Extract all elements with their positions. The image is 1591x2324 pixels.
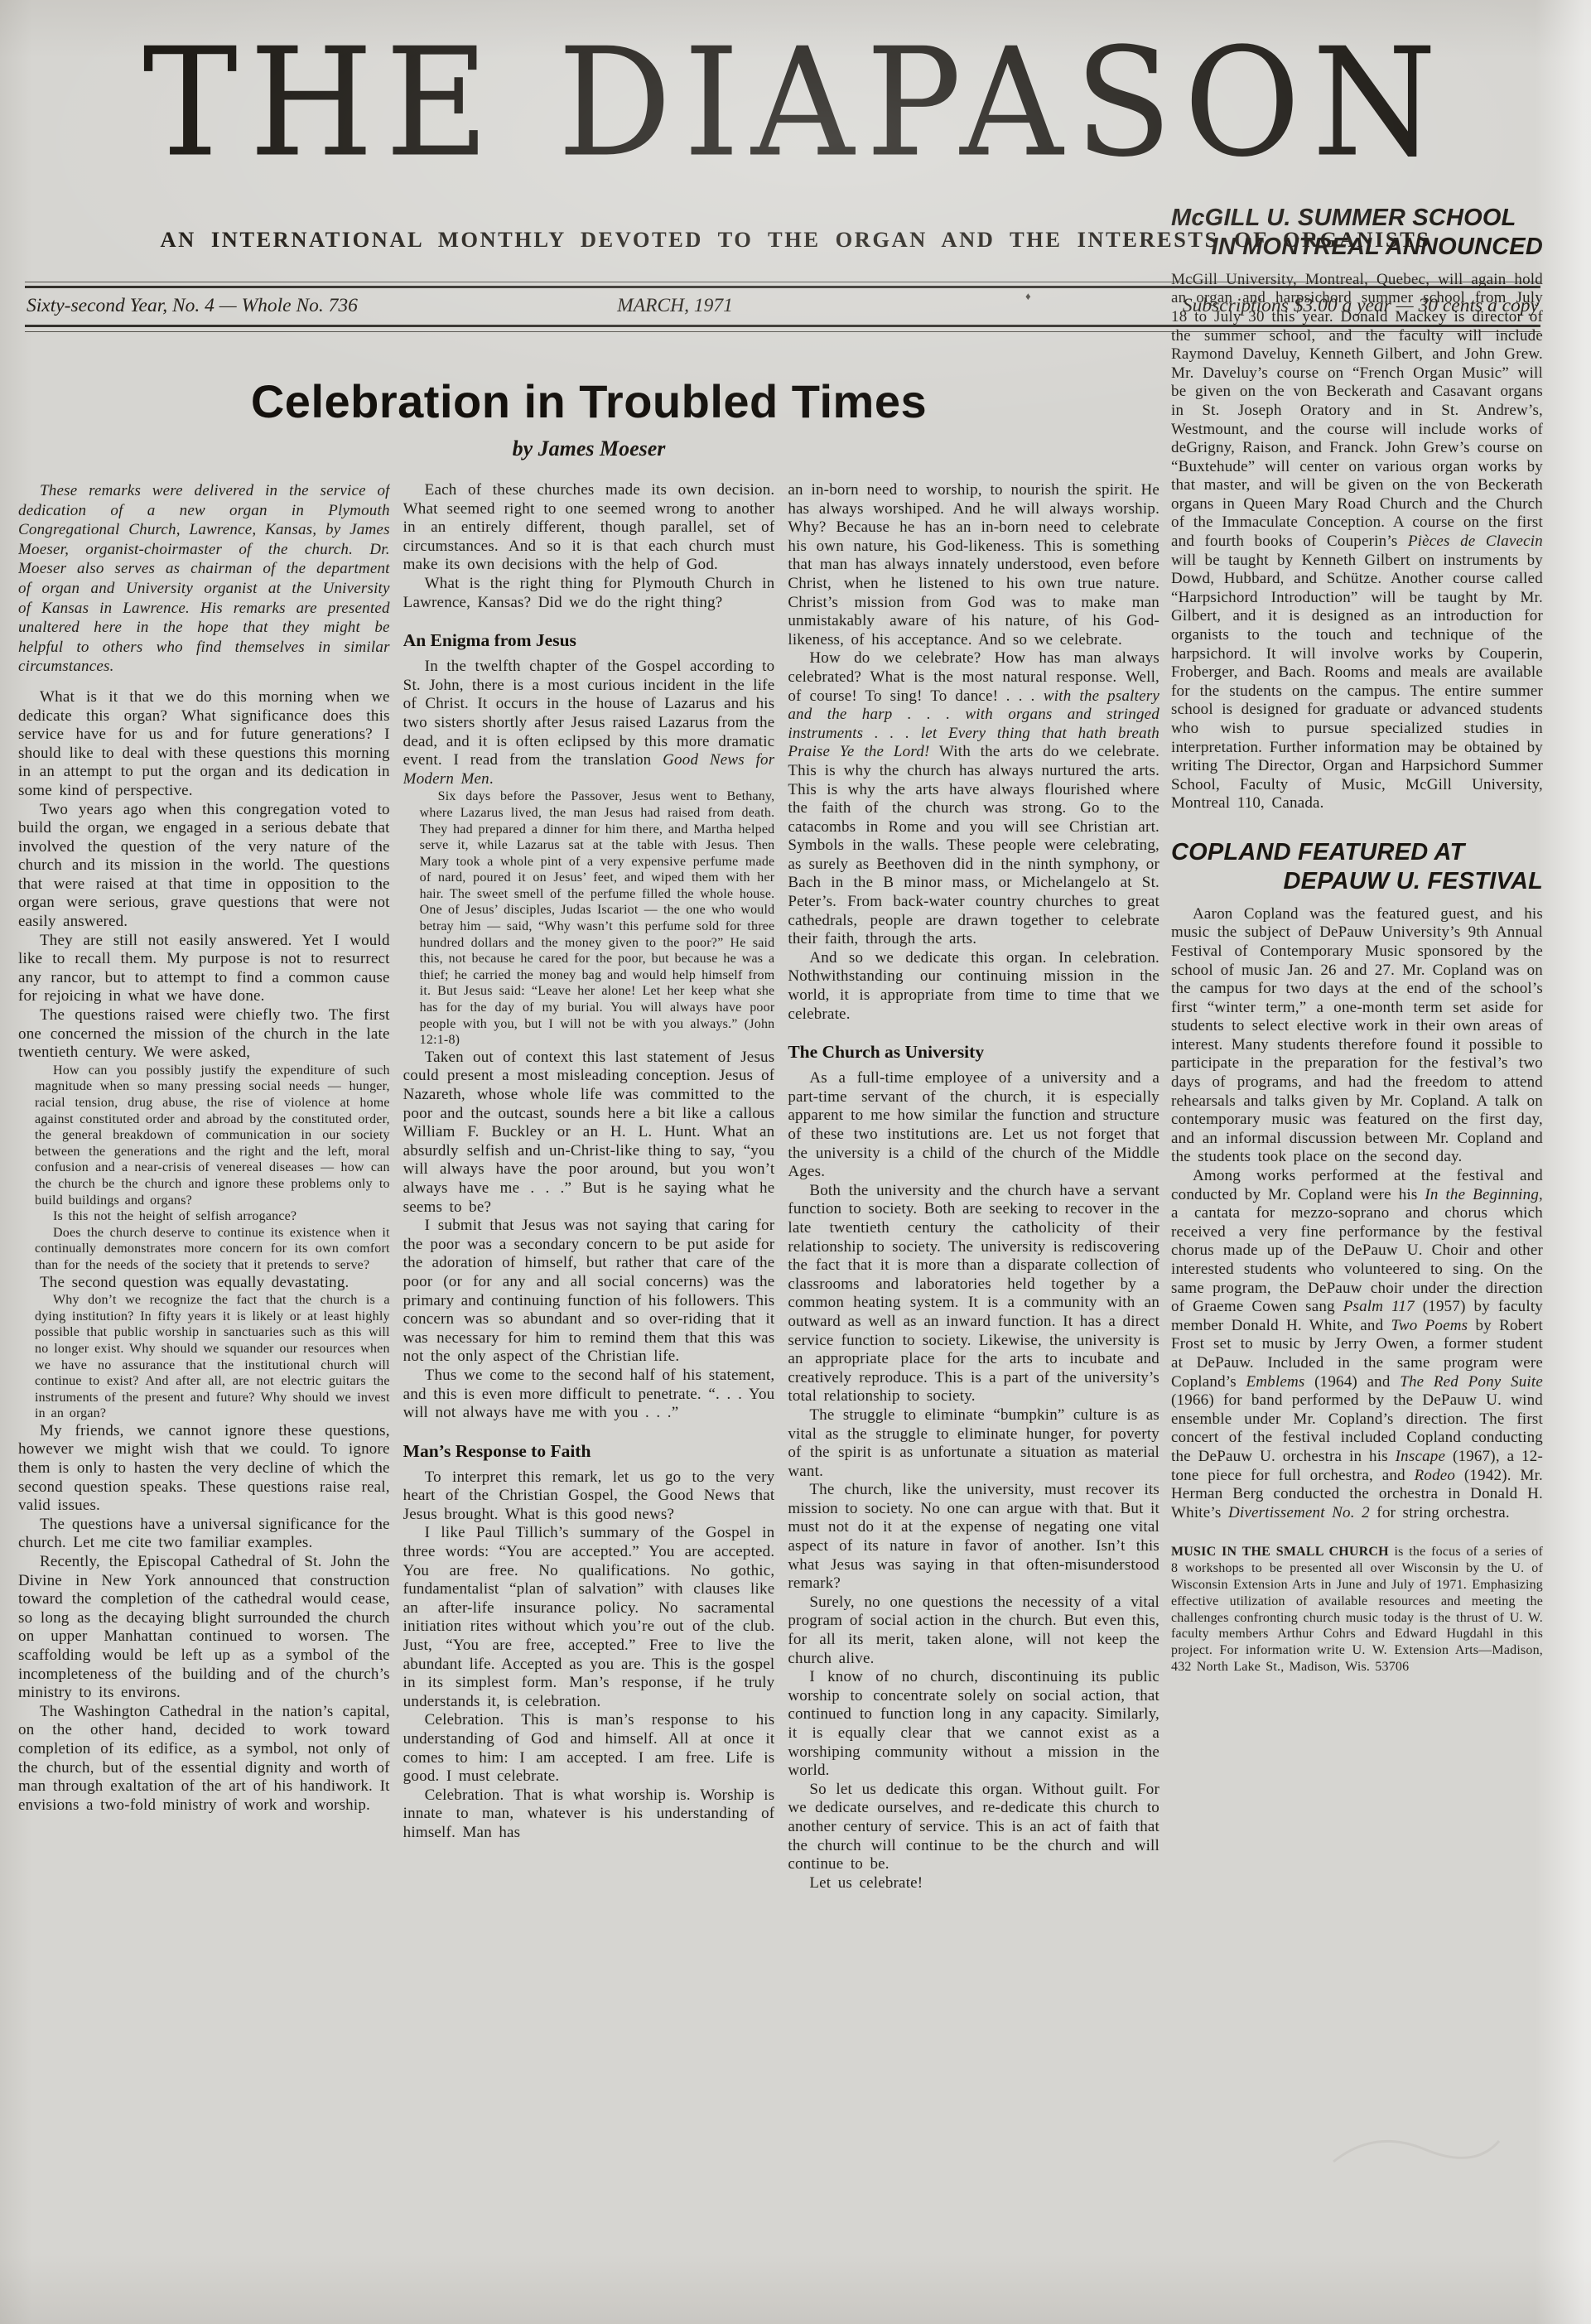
article-column-2: Each of these churches made its own deci… (403, 481, 775, 1843)
paragraph: As a full-time employee of a university … (788, 1069, 1160, 1182)
paragraph: How can you possibly justify the expendi… (18, 1063, 390, 1208)
issue-date: MARCH, 1971 (25, 295, 1325, 317)
paragraph: What is the right thing for Plymouth Chu… (403, 575, 775, 612)
section-heading: The Church as University (788, 1042, 1160, 1063)
news-heading: McGILL U. SUMMER SCHOOLIN MONTREAL ANNOU… (1171, 204, 1543, 263)
article-column-3: an in-born need to worship, to nourish t… (788, 481, 1160, 1892)
section-heading: Man’s Response to Faith (403, 1441, 775, 1462)
paragraph: I know of no church, discontinuing its p… (788, 1668, 1160, 1781)
paragraph: Two years ago when this congregation vot… (18, 801, 390, 932)
paragraph: I submit that Jesus was not saying that … (403, 1217, 775, 1367)
paragraph: And so we dedicate this organ. In celebr… (788, 949, 1160, 1024)
paragraph: an in-born need to worship, to nourish t… (788, 481, 1160, 649)
paragraph: Celebration. This is man’s response to h… (403, 1711, 775, 1786)
paragraph: Recently, the Episcopal Cathedral of St.… (18, 1553, 390, 1703)
paragraph: The questions raised were chiefly two. T… (18, 1006, 390, 1063)
paragraph: MUSIC IN THE SMALL CHURCH is the focus o… (1171, 1544, 1543, 1675)
news-heading-line: McGILL U. SUMMER SCHOOL (1171, 204, 1543, 233)
article-byline: by James Moeser (18, 436, 1160, 461)
masthead-title: THE DIAPASON (0, 25, 1591, 182)
paragraph: Among works performed at the festival an… (1171, 1167, 1543, 1522)
paragraph: I like Paul Tillich’s summary of the Gos… (403, 1524, 775, 1711)
paragraph: Thus we come to the second half of his s… (403, 1367, 775, 1423)
section-heading: An Enigma from Jesus (403, 630, 775, 651)
paragraph: The questions have a universal significa… (18, 1516, 390, 1553)
paragraph: Both the university and the church have … (788, 1182, 1160, 1406)
paragraph: The Washington Cathedral in the nation’s… (18, 1703, 390, 1815)
paragraph: Taken out of context this last statement… (403, 1049, 775, 1217)
news-heading-line: COPLAND FEATURED AT (1171, 838, 1543, 867)
paragraph: Six days before the Passover, Jesus went… (403, 788, 775, 1049)
paragraph: The second question was equally devastat… (18, 1274, 390, 1293)
paragraph: Each of these churches made its own deci… (403, 481, 775, 575)
paragraph: These remarks were delivered in the serv… (18, 481, 390, 677)
main-article: Celebration in Troubled Times by James M… (18, 374, 1160, 1892)
paragraph: Let us celebrate! (788, 1874, 1160, 1893)
scan-smudge (1325, 2112, 1507, 2187)
paragraph: Does the church deserve to continue its … (18, 1225, 390, 1274)
paragraph: Surely, no one questions the necessity o… (788, 1594, 1160, 1668)
paragraph: The struggle to eliminate “bumpkin” cult… (788, 1406, 1160, 1481)
paragraph: Why don’t we recognize the fact that the… (18, 1292, 390, 1422)
paragraph: Is this not the height of selfish arroga… (18, 1208, 390, 1225)
paragraph: The church, like the university, must re… (788, 1481, 1160, 1594)
paragraph: They are still not easily answered. Yet … (18, 932, 390, 1006)
paragraph: McGill University, Montreal, Quebec, wil… (1171, 271, 1543, 813)
news-heading: COPLAND FEATURED ATDEPAUW U. FESTIVAL (1171, 838, 1543, 897)
paragraph: What is it that we do this morning when … (18, 688, 390, 801)
news-column: McGILL U. SUMMER SCHOOLIN MONTREAL ANNOU… (1171, 204, 1543, 1675)
paragraph: Aaron Copland was the featured guest, an… (1171, 905, 1543, 1167)
paragraph: Celebration. That is what worship is. Wo… (403, 1786, 775, 1843)
paragraph: In the twelfth chapter of the Gospel acc… (403, 658, 775, 788)
news-heading-line: DEPAUW U. FESTIVAL (1171, 867, 1543, 896)
dateline-ornament: ♦ (1025, 290, 1031, 303)
paragraph: To interpret this remark, let us go to t… (403, 1468, 775, 1525)
newspaper-page: THE DIAPASON AN INTERNATIONAL MONTHLY DE… (0, 0, 1591, 2324)
article-column-1: These remarks were delivered in the serv… (18, 481, 390, 1815)
paragraph: My friends, we cannot ignore these quest… (18, 1422, 390, 1516)
article-title: Celebration in Troubled Times (18, 374, 1160, 428)
paragraph: How do we celebrate? How has man always … (788, 649, 1160, 949)
paragraph: So let us dedicate this organ. Without g… (788, 1781, 1160, 1874)
news-heading-line: IN MONTREAL ANNOUNCED (1171, 233, 1543, 262)
